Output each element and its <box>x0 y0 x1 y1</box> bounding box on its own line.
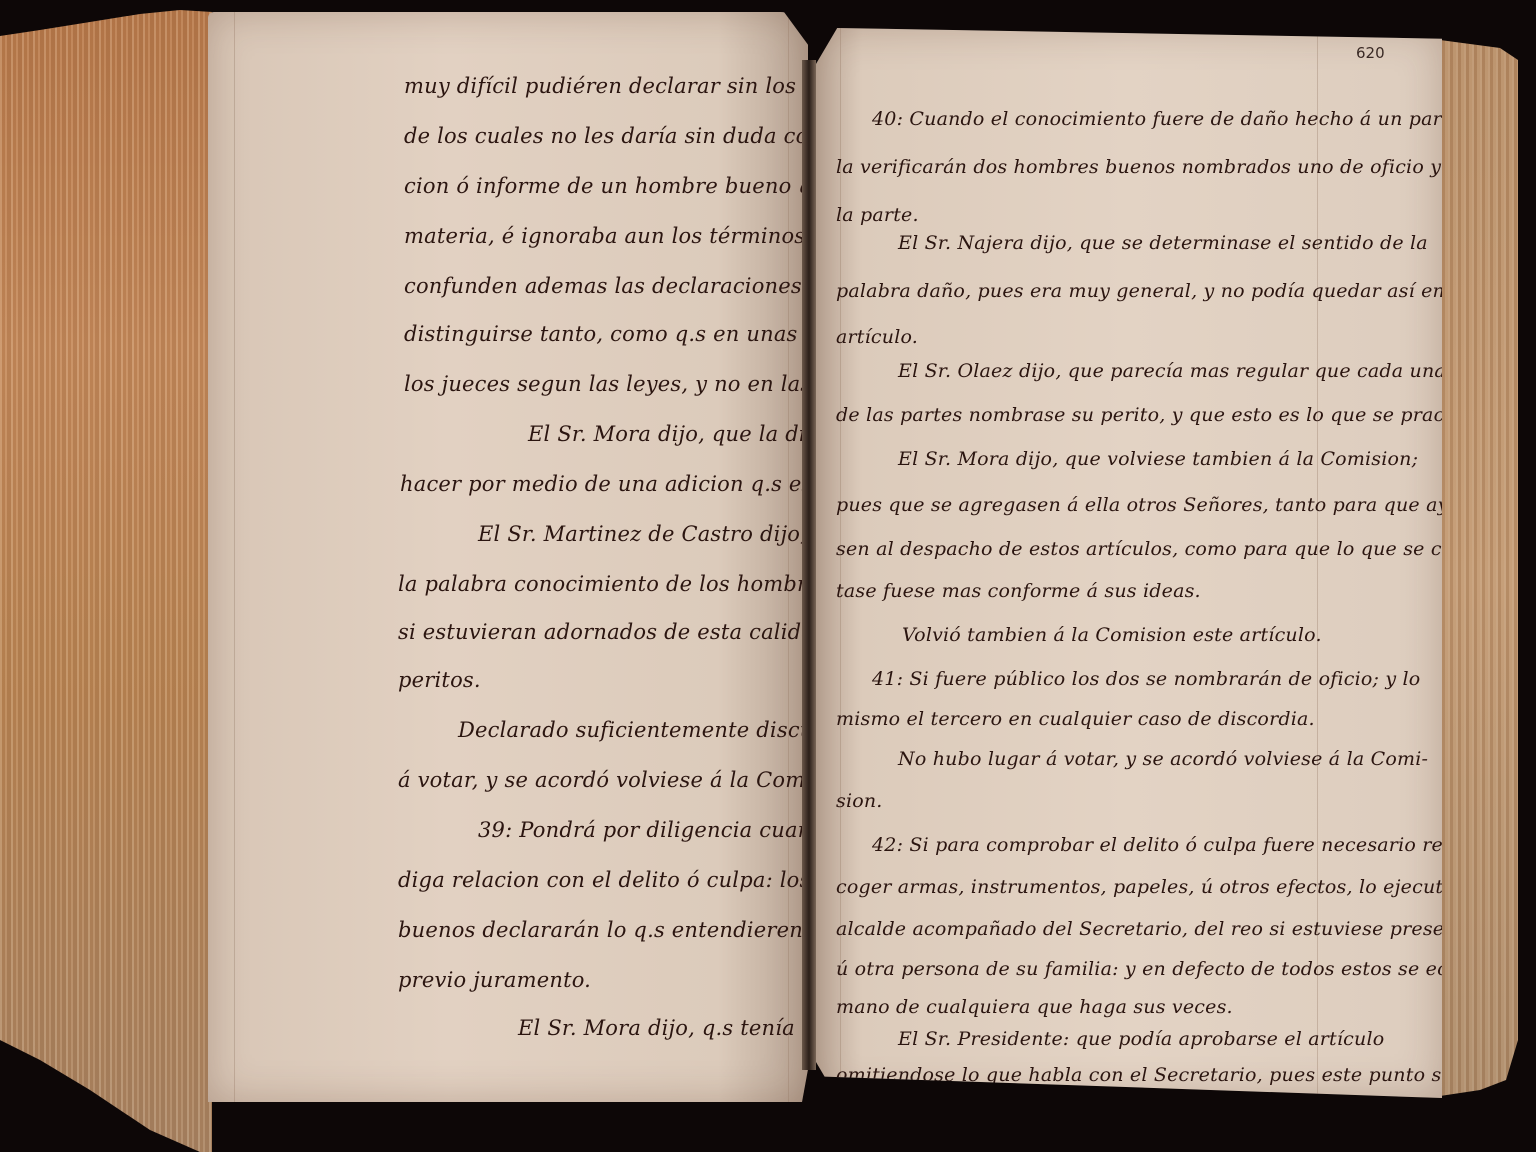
text-line: mismo el tercero en cualquier caso de di… <box>836 708 1315 730</box>
text-line: El Sr. Olaez dijo, que parecía mas regul… <box>898 360 1446 382</box>
book-gutter <box>802 60 816 1070</box>
text-line: El Sr. Presidente: que podía aprobarse e… <box>898 1028 1384 1050</box>
text-line: sion. <box>836 790 883 812</box>
text-line: peritos. <box>398 668 481 692</box>
text-line: El Sr. Mora dijo, que volviese tambien á… <box>898 448 1418 470</box>
left-page: muy difícil pudiéren declarar sin los co… <box>208 12 808 1102</box>
text-line: alcalde acompañado del Secretario, del r… <box>836 918 1476 940</box>
text-line: palabra daño, pues era muy general, y no… <box>836 280 1469 302</box>
text-line: omitiendose lo que habla con el Secretar… <box>836 1064 1453 1086</box>
text-line: tase fuese mas conforme á sus ideas. <box>836 580 1201 602</box>
text-line: ú otra persona de su familia: y en defec… <box>836 958 1493 980</box>
right-page-block-edge <box>1440 0 1518 1152</box>
text-line: artículo. <box>836 326 918 348</box>
text-line: coger armas, instrumentos, papeles, ú ot… <box>836 876 1500 898</box>
text-line: Volvió tambien á la Comision este artícu… <box>902 624 1322 646</box>
text-line: sen al despacho de estos artículos, como… <box>836 538 1501 560</box>
folio-number: 620 <box>1356 44 1385 62</box>
text-line: No hubo lugar á votar, y se acordó volvi… <box>898 748 1428 770</box>
left-page-block-edge <box>0 0 212 1152</box>
text-line: de las partes nombrase su perito, y que … <box>836 404 1487 426</box>
left-margin-rule <box>234 12 235 1102</box>
text-line: 40: Cuando el conocimiento fuere de daño… <box>872 108 1506 130</box>
text-line: 42: Si para comprobar el delito ó culpa … <box>872 834 1450 856</box>
text-line: pues que se agregasen á ella otros Señor… <box>836 494 1491 516</box>
right-page: 620 40: Cuando el conocimiento fuere de … <box>812 28 1442 1098</box>
text-line: El Sr. Najera dijo, que se determinase e… <box>898 232 1428 254</box>
text-line: la parte. <box>836 204 919 226</box>
text-line: 41: Si fuere público los dos se nombrará… <box>872 668 1420 690</box>
photo-scene: muy difícil pudiéren declarar sin los co… <box>0 0 1536 1152</box>
text-line: la verificarán dos hombres buenos nombra… <box>836 156 1522 178</box>
text-line: previo juramento. <box>398 968 591 992</box>
text-line: mano de cualquiera que haga sus veces. <box>836 996 1233 1018</box>
